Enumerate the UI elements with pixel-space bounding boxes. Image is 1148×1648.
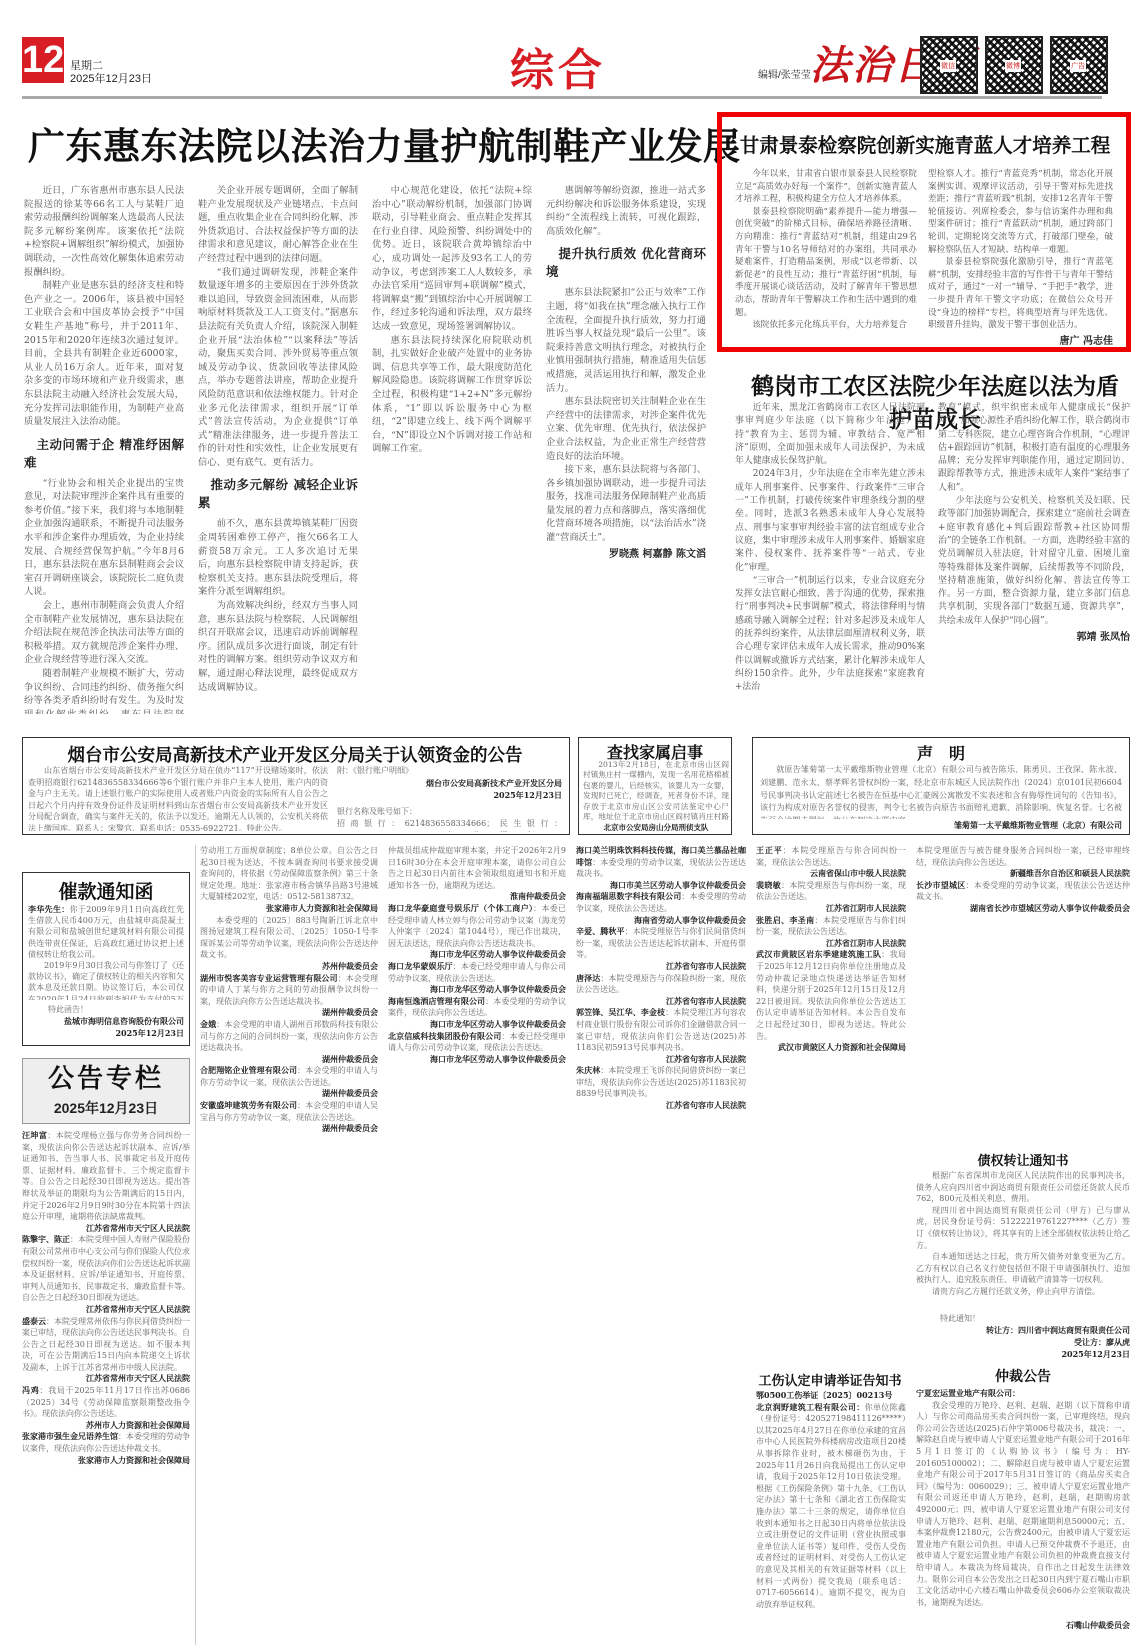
family-search-signer: 北京市公安局房山分局刑侦支队 — [582, 822, 730, 834]
main-article-byline: 罗晓燕 柯嘉静 陈文滔 — [546, 545, 706, 560]
debt-transfer-body: 根据广东省深圳市龙岗区人民法院作出的民事判决书，债务人应向四川省中润达商贸有限责… — [916, 1170, 1130, 1320]
collection-letter-title: 催款通知函 — [22, 877, 190, 904]
bulletin-date: 2025年12月23日 — [22, 1098, 190, 1118]
arbitration-addressee: 宁夏宏运置业地产有限公司： — [916, 1388, 1020, 1398]
main-subheading-2: 推动多元解纷 减轻企业诉累 — [198, 475, 358, 511]
debt-transferee: 受让方：廖从虎 — [916, 1337, 1130, 1349]
column-divider — [195, 845, 196, 1645]
collection-date: 2025年12月23日 — [28, 1028, 184, 1040]
second-article-col-1: 近年来，黑龙江省鹤岗市工农区人民法院刑事审判庭少年法庭（以下简称少年法庭）坚持“… — [735, 402, 925, 718]
collection-signer: 盐城市海明信息咨询股份有限公司 — [28, 1016, 184, 1028]
notice-item: 朱庆林：本院受理王飞诉你民间借贷纠纷一案已审结，现依法向你公告送达(2025)苏… — [576, 1065, 746, 1111]
section-title: 综合 — [510, 34, 606, 98]
injury-number: 鄂0500工伤举证〔2025〕00213号 — [756, 1390, 892, 1400]
main-article-col-3: 中心规范化建设，依托“法院+综治中心”联动解纷机制，加强部门协调联动，引导鞋业商… — [372, 184, 532, 714]
page-number: 12 — [22, 37, 64, 83]
yantai-date: 2025年12月23日 — [337, 790, 562, 802]
bulletin-col-a: 汪坤富：本院受理杨立强与你劳务合同纠纷一案，现依法向你公告送达起诉状副本、应诉/… — [22, 1130, 190, 1645]
qr-code-weibo-icon[interactable]: 微博 — [985, 36, 1043, 94]
yantai-notice-body: 山东省烟台市公安局高新技术产业开发区分局在侦办“117”开设赌场案时，依法查明招… — [28, 765, 328, 831]
injury-notice-title: 工伤认定申请举证告知书 — [750, 1370, 910, 1389]
statement-body: 就原告雏菊第一太平戴维斯物业管理（北京）有限公司与被告陈乐、陈勇贝、王孜深、陈永… — [760, 763, 1122, 819]
notice-item: 陈擎宇、陈正：本院受理中国人寿财产保险股份有限公司常州市中心支公司与你们保险人代… — [22, 1234, 190, 1315]
second-article-col-2: 教育”模式，织牢织密未成年人健康成长“保护网”。加强心源性矛盾纠纷化解工作，联合… — [938, 402, 1130, 718]
notice-item: 长沙市望城区：本委受理的劳动争议案，现依法公告送达仲裁文书。湖南省长沙市望城区劳… — [916, 880, 1130, 915]
notice-item: 湖州市悦客美容专业运营管理有限公司：本会受理的申请人丁某与你方之间的劳动报酬争议… — [200, 973, 378, 1019]
notice-item: 本院受理原告与被告健身服务合同纠纷一案，已经审理终结，现依法向你公告送达。新疆维… — [916, 845, 1130, 880]
notice-item: 裴晓敏：本院受理原告与你纠纷一案，现依法公告送达。江苏省江阴市人民法院 — [756, 880, 906, 915]
main-article-col-1: 近日，广东省惠州市惠东县人民法院报送的徐某等66名工人与某鞋厂追索劳动报酬纠纷调… — [24, 184, 184, 714]
injury-notice-body: 鄂0500工伤举证〔2025〕00213号 北京润野建筑工程有限公司：你单位陈鑫… — [756, 1390, 906, 1645]
bulletin-col-f: 本院受理原告与被告健身服务合同纠纷一案，已经审理终结，现依法向你公告送达。新疆维… — [916, 845, 1130, 1045]
qr-code-ad-icon[interactable]: 广告 — [1050, 36, 1108, 94]
issue-date: 2025年12月23日 — [70, 73, 152, 86]
second-article-byline: 郭靖 张凤怡 — [938, 628, 1130, 643]
bulletin-title: 公告专栏 — [22, 1058, 190, 1095]
collection-closing: 特此函告！ — [48, 1004, 178, 1016]
notice-item: 合肥翔铭企业管理有限公司：本会受理的申请人与你方劳动争议一案，现依法公告送达。湖… — [200, 1065, 378, 1100]
notice-item: 王正平：本院受理原告与你合同纠纷一案，现依法公告送达。云南省保山市中级人民法院 — [756, 845, 906, 880]
featured-article-col-2: 型检察人才。推行“青蓝竞秀”机制，常态化开展案例实训、观摩评议活动，引导干警对标… — [928, 168, 1113, 346]
yantai-accounts-label: 银行名称及账号如下： — [337, 806, 562, 818]
notice-item: 海口美兰明珠饮料科技传媒，海口美兰慕品社咖啡馆：本委受理的劳动争议案，现依法公告… — [576, 845, 746, 891]
qr-code-wechat-icon[interactable]: 微信 — [920, 36, 978, 94]
yantai-signer: 烟台市公安局高新技术产业开发区分局 — [337, 778, 562, 790]
family-search-body: 2013年2月18日，在北京市房山区阎村镇焦庄村一煤棚内，发现一名用花格棉被包裹… — [583, 760, 729, 822]
bulletin-col-c: 仲裁员组成仲裁庭审理本案，并定于2026年2月9日16时30分在本会开庭审理本案… — [388, 845, 566, 1645]
notice-item: 金娥：本会受理的申请人湖州百邦数码科技有限公司与你方之间的合同纠纷一案，现依法向… — [200, 1019, 378, 1065]
debt-transferor: 转让方：四川省中润达商贸有限责任公司 — [916, 1325, 1130, 1337]
main-article-title: 广东惠东法院以法治力量护航制鞋产业发展 — [28, 116, 741, 170]
notice-item: 北京信威科技集团股份有限公司：本委已经受理申请人与你公司劳动争议案，现依法公告送… — [388, 1031, 566, 1066]
featured-article-title: 甘肃景泰检察院创新实施青蓝人才培养工程 — [735, 130, 1115, 158]
notice-item: 安徽盛坤建筑劳务有限公司：本会受理的申请人吴宝昌与你方劳动争议一案，现依法公告送… — [200, 1100, 378, 1135]
notice-item: 唐泽达：本院受理原告与你保险纠纷一案，现依法公告送达。江苏省句容市人民法院 — [576, 973, 746, 1008]
arbitration-title: 仲裁公告 — [916, 1366, 1130, 1386]
notice-item: 辛爱、腾秋平：本院受理原告与你们民间借贷纠纷一案，现依法公告送达起诉状副本、开庭… — [576, 926, 746, 972]
notice-item: 本委受理的〔2025〕883号陶新江诉北京中图扬冠建筑工程有限公司、〔2025〕… — [200, 915, 378, 973]
notice-item: 张胜启、李圣南：本院受理原告与你们纠纷一案，现依法公告送达。江苏省江阴市人民法院 — [756, 915, 906, 950]
main-subheading-1: 主动问需于企 精准纾困解难 — [24, 435, 184, 471]
debt-transfer-date: 2025年12月23日 — [916, 1349, 1130, 1361]
arbitration-signer: 石嘴山仲裁委员会 — [916, 1620, 1130, 1632]
bulletin-col-e: 王正平：本院受理原告与你合同纠纷一案，现依法公告送达。云南省保山市中级人民法院 … — [756, 845, 906, 1365]
bulletin-col-b: 劳动用工方面规章制度；8单位公章。自公告之日起30日视为送达，不按本调查询问书要… — [200, 845, 378, 1645]
debt-transfer-title: 债权转让通知书 — [916, 1150, 1130, 1169]
main-article-col-4: 惠调解等解纷资源，推进一站式多元纠纷解决和诉讼服务体系建设，实现纠纷“全流程线上… — [546, 184, 706, 714]
statement-signer: 雏菊第一太平戴维斯物业管理（北京）有限公司 — [760, 820, 1122, 832]
header-rule — [22, 96, 1102, 99]
page-meta: 星期二 2025年12月23日 — [70, 60, 152, 86]
notice-item: 海南恒逸酒店管理有限公司：本委受理的劳动争议案件，现依法向你公告送达。海口市龙华… — [388, 996, 566, 1031]
main-subheading-3: 提升执行质效 优化营商环境 — [546, 244, 706, 280]
editor-credit: 编辑/张莹莹 — [758, 66, 811, 81]
notice-item: 张家港市强生金兄语养生馆：本委受理的劳动争议案件，现依法向你公告送达仲裁文书。张… — [22, 1431, 190, 1466]
injury-addressee: 北京润野建筑工程有限公司： — [756, 1402, 865, 1412]
notice-item: 海南福瑞思数字科技有限公司：本委受理的劳动争议案，现依法公告送达。海南省劳动人事… — [576, 891, 746, 926]
notice-item: 郭笠锋、吴江华、李金枝：本院受理江苏句容农村商业银行股份有限公司诉你们金融借款合… — [576, 1007, 746, 1065]
collection-addressee: 李华先生： — [28, 904, 70, 914]
notice-item: 冯鸡：我局于2025年11月17日作出苏0686（2025）34号《劳动保障监察… — [22, 1385, 190, 1431]
featured-article-byline: 唐广 冯志佳 — [928, 332, 1113, 346]
bulletin-col-d: 海口美兰明珠饮料科技传媒，海口美兰慕品社咖啡馆：本委受理的劳动争议案，现依法公告… — [576, 845, 746, 1645]
notice-item: 盛泰云：本院受理常州依伟与你民间借贷纠纷一案已审结，现依法向你公告送达民事判决书… — [22, 1316, 190, 1386]
weekday: 星期二 — [70, 60, 152, 73]
yantai-notice-title: 烟台市公安局高新技术产业开发区分局关于认领资金的公告 — [30, 742, 560, 767]
yantai-attachment: 附：《银行账户明细》 — [337, 765, 562, 777]
yantai-accounts: 招商银行：6214836558334666；民生银行：6226220635367… — [337, 818, 562, 832]
arbitration-body: 宁夏宏运置业地产有限公司： 我会受理的万艳玲、赵利、赵瑞、赵期（以下简称申请人）… — [916, 1388, 1130, 1614]
statement-title: 声 明 — [752, 741, 1130, 764]
notice-item: 武汉市黄陂区岩东季建建筑施工队：我局于2025年12月12日向你单位注册地点及劳… — [756, 949, 906, 1053]
debt-transfer-closing: 特此通知！ — [940, 1313, 1130, 1325]
collection-letter-body: 李华先生：你于2009年9月1日向高政红先生借款人民币400万元，由盐城申高混凝… — [28, 904, 184, 1000]
featured-article-col-1: 今年以来，甘肃省白银市景泰县人民检察院立足“高质效办好每一个案件”，创新实施青蓝… — [735, 168, 917, 346]
notice-item: 海口龙华豪庭壹号娱乐厅（个体工商户）：本委已经受理申请人林立婷与你公司劳动争议案… — [388, 903, 566, 961]
main-article-col-2: 关企业开展专题调研，全面了解制鞋产业发展现状及产业链堵点、卡点问题，重点收集企业… — [198, 184, 358, 714]
notice-item: 海口龙华蒙娱乐厅：本委已经受理申请人与你公司劳动争议案，现依法公告送达。海口市龙… — [388, 961, 566, 996]
notice-item: 汪坤富：本院受理杨立强与你劳务合同纠纷一案，现依法向你公告送达起诉状副本、应诉/… — [22, 1130, 190, 1234]
